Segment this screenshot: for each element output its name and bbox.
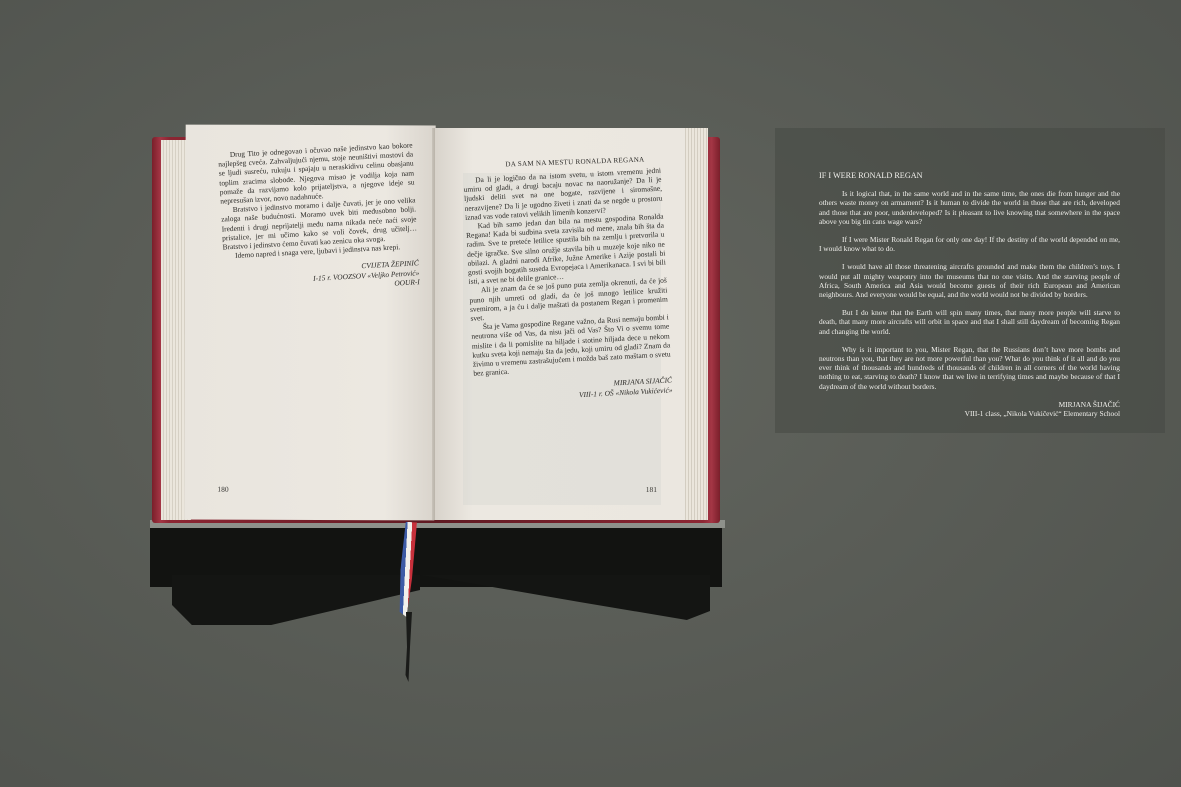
panel-paragraph: But I do know that the Earth will spin m… [819, 308, 1120, 336]
author-name: MIRJANA ŠIJAČIĆ [819, 400, 1120, 409]
left-page-text: Drug Tito je odnegovao i očuvao naše jed… [218, 140, 420, 296]
ribbon-shadow [403, 612, 413, 682]
panel-signature: MIRJANA ŠIJAČIĆ VIII-1 class, „Nikola Vu… [819, 400, 1120, 418]
wall-translation-panel: IF I WERE RONALD REGAN Is it logical tha… [775, 128, 1165, 433]
right-page: DA SAM NA MESTU RONALDA REGANA Da li je … [435, 128, 685, 520]
left-page: Drug Tito je odnegovao i očuvao naše jed… [184, 125, 435, 521]
panel-paragraph: I would have all those threatening aircr… [819, 262, 1120, 299]
paragraph: Kad bih samo jedan dan bila na mestu gos… [465, 212, 666, 287]
book-shadow-left [172, 575, 420, 625]
panel-paragraph: Why is it important to you, Mister Regan… [819, 345, 1120, 391]
left-page-signature: CVIJETA ŽEPINIĆ I-15 r. VOOZSOV «Veljko … [224, 259, 420, 297]
book-shadow-right [420, 575, 710, 620]
right-page-text: Da li je logično da na istom svetu, u is… [463, 166, 673, 405]
panel-paragraph: If I were Mister Ronald Regan for only o… [819, 235, 1120, 253]
author-school: VIII-1 class, „Nikola Vukičević“ Element… [819, 409, 1120, 418]
paragraph: Šta je Vama gospodine Regane važno, da R… [471, 313, 672, 379]
page-number: 180 [217, 484, 228, 493]
panel-paragraph: Is it logical that, in the same world an… [819, 189, 1120, 226]
panel-title: IF I WERE RONALD REGAN [819, 171, 1120, 180]
paragraph: Drug Tito je odnegovao i očuvao naše jed… [218, 140, 416, 205]
page-number: 181 [646, 485, 657, 494]
